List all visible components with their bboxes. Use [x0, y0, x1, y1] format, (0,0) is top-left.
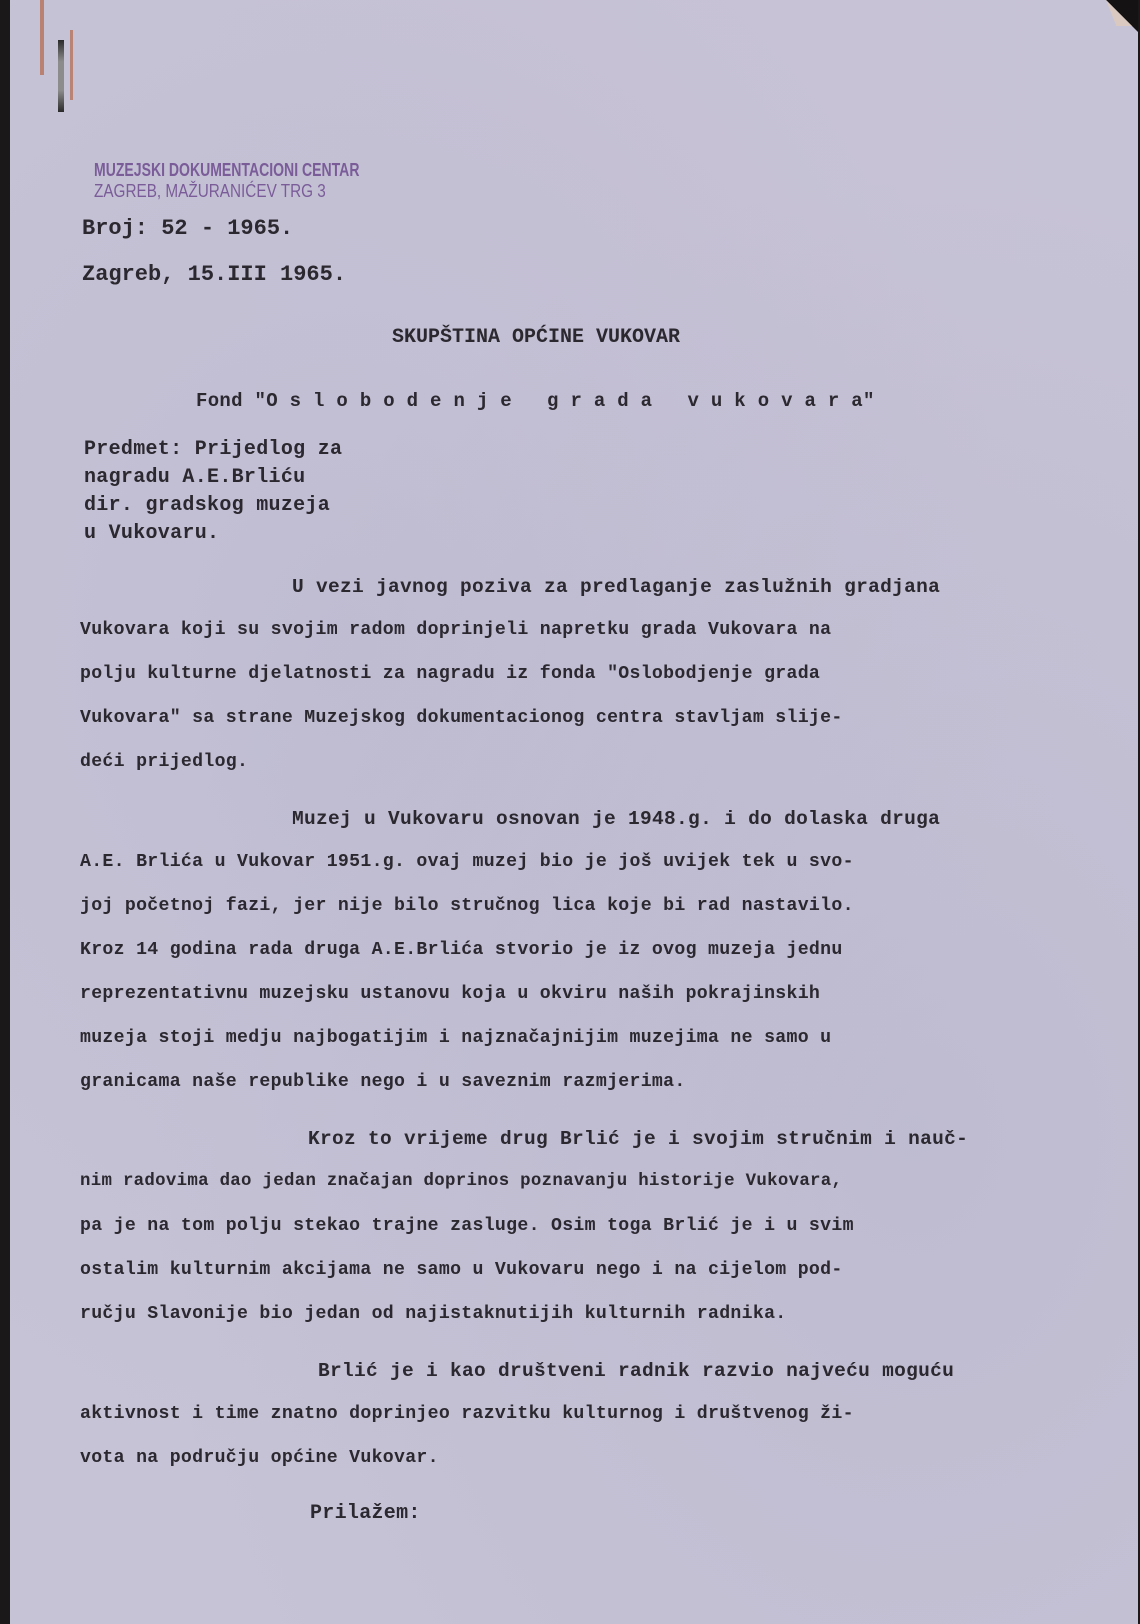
body-line: aktivnost i time znatno doprinjeo razvit…: [80, 1404, 854, 1424]
staple-icon: [58, 40, 64, 112]
enclosure-label: Prilažem:: [310, 1502, 421, 1525]
place-date: Zagreb, 15.III 1965.: [82, 262, 346, 287]
body-line: U vezi javnog poziva za predlaganje zasl…: [292, 576, 940, 598]
body-line: Kroz 14 godina rada druga A.E.Brlića stv…: [80, 940, 843, 960]
reference-number: Broj: 52 - 1965.: [82, 216, 293, 241]
document-page: MUZEJSKI DOKUMENTACIONI CENTAR ZAGREB, M…: [10, 0, 1138, 1624]
stamp-line-2: ZAGREB, MAŽURANIĆEV TRG 3: [94, 181, 383, 202]
body-line: pa je na tom polju stekao trajne zasluge…: [80, 1216, 854, 1236]
body-line: deći prijedlog.: [80, 752, 248, 772]
body-line: vota na području općine Vukovar.: [80, 1448, 439, 1468]
body-line: Vukovara koji su svojim radom doprinjeli…: [80, 620, 831, 640]
body-line: ostalim kulturnim akcijama ne samo u Vuk…: [80, 1260, 843, 1280]
body-line: muzeja stoji medju najbogatijim i najzna…: [80, 1028, 831, 1048]
rust-stain: [40, 0, 44, 75]
body-line: joj početnoj fazi, jer nije bilo stručno…: [80, 896, 854, 916]
body-line: Kroz to vrijeme drug Brlić je i svojim s…: [308, 1128, 968, 1150]
body-line: nim radovima dao jedan značajan doprinos…: [80, 1172, 842, 1191]
body-line: ručju Slavonije bio jedan od najistaknut…: [80, 1304, 787, 1324]
body-line: reprezentativnu muzejsku ustanovu koja u…: [80, 984, 820, 1004]
recipient-title: SKUPŠTINA OPĆINE VUKOVAR: [392, 326, 680, 349]
subject-line: dir. gradskog muzeja: [84, 494, 330, 517]
institution-stamp: MUZEJSKI DOKUMENTACIONI CENTAR ZAGREB, M…: [94, 160, 434, 201]
body-line: A.E. Brlića u Vukovar 1951.g. ovaj muzej…: [80, 852, 854, 872]
body-line: Vukovara" sa strane Muzejskog dokumentac…: [80, 708, 843, 728]
subject-line: nagradu A.E.Brliću: [84, 466, 305, 489]
stamp-line-1: MUZEJSKI DOKUMENTACIONI CENTAR: [94, 160, 359, 181]
subject-line: Predmet: Prijedlog za: [84, 438, 342, 461]
body-line: Brlić je i kao društveni radnik razvio n…: [318, 1360, 954, 1382]
rust-stain: [70, 30, 73, 100]
body-line: polju kulturne djelatnosti za nagradu iz…: [80, 664, 820, 684]
body-line: Muzej u Vukovaru osnovan je 1948.g. i do…: [292, 808, 940, 830]
subject-line: u Vukovaru.: [84, 522, 219, 545]
fund-name: Fond "O s l o b o d e n j e g r a d a v …: [196, 390, 875, 412]
body-line: granicama naše republike nego i u savezn…: [80, 1072, 686, 1092]
